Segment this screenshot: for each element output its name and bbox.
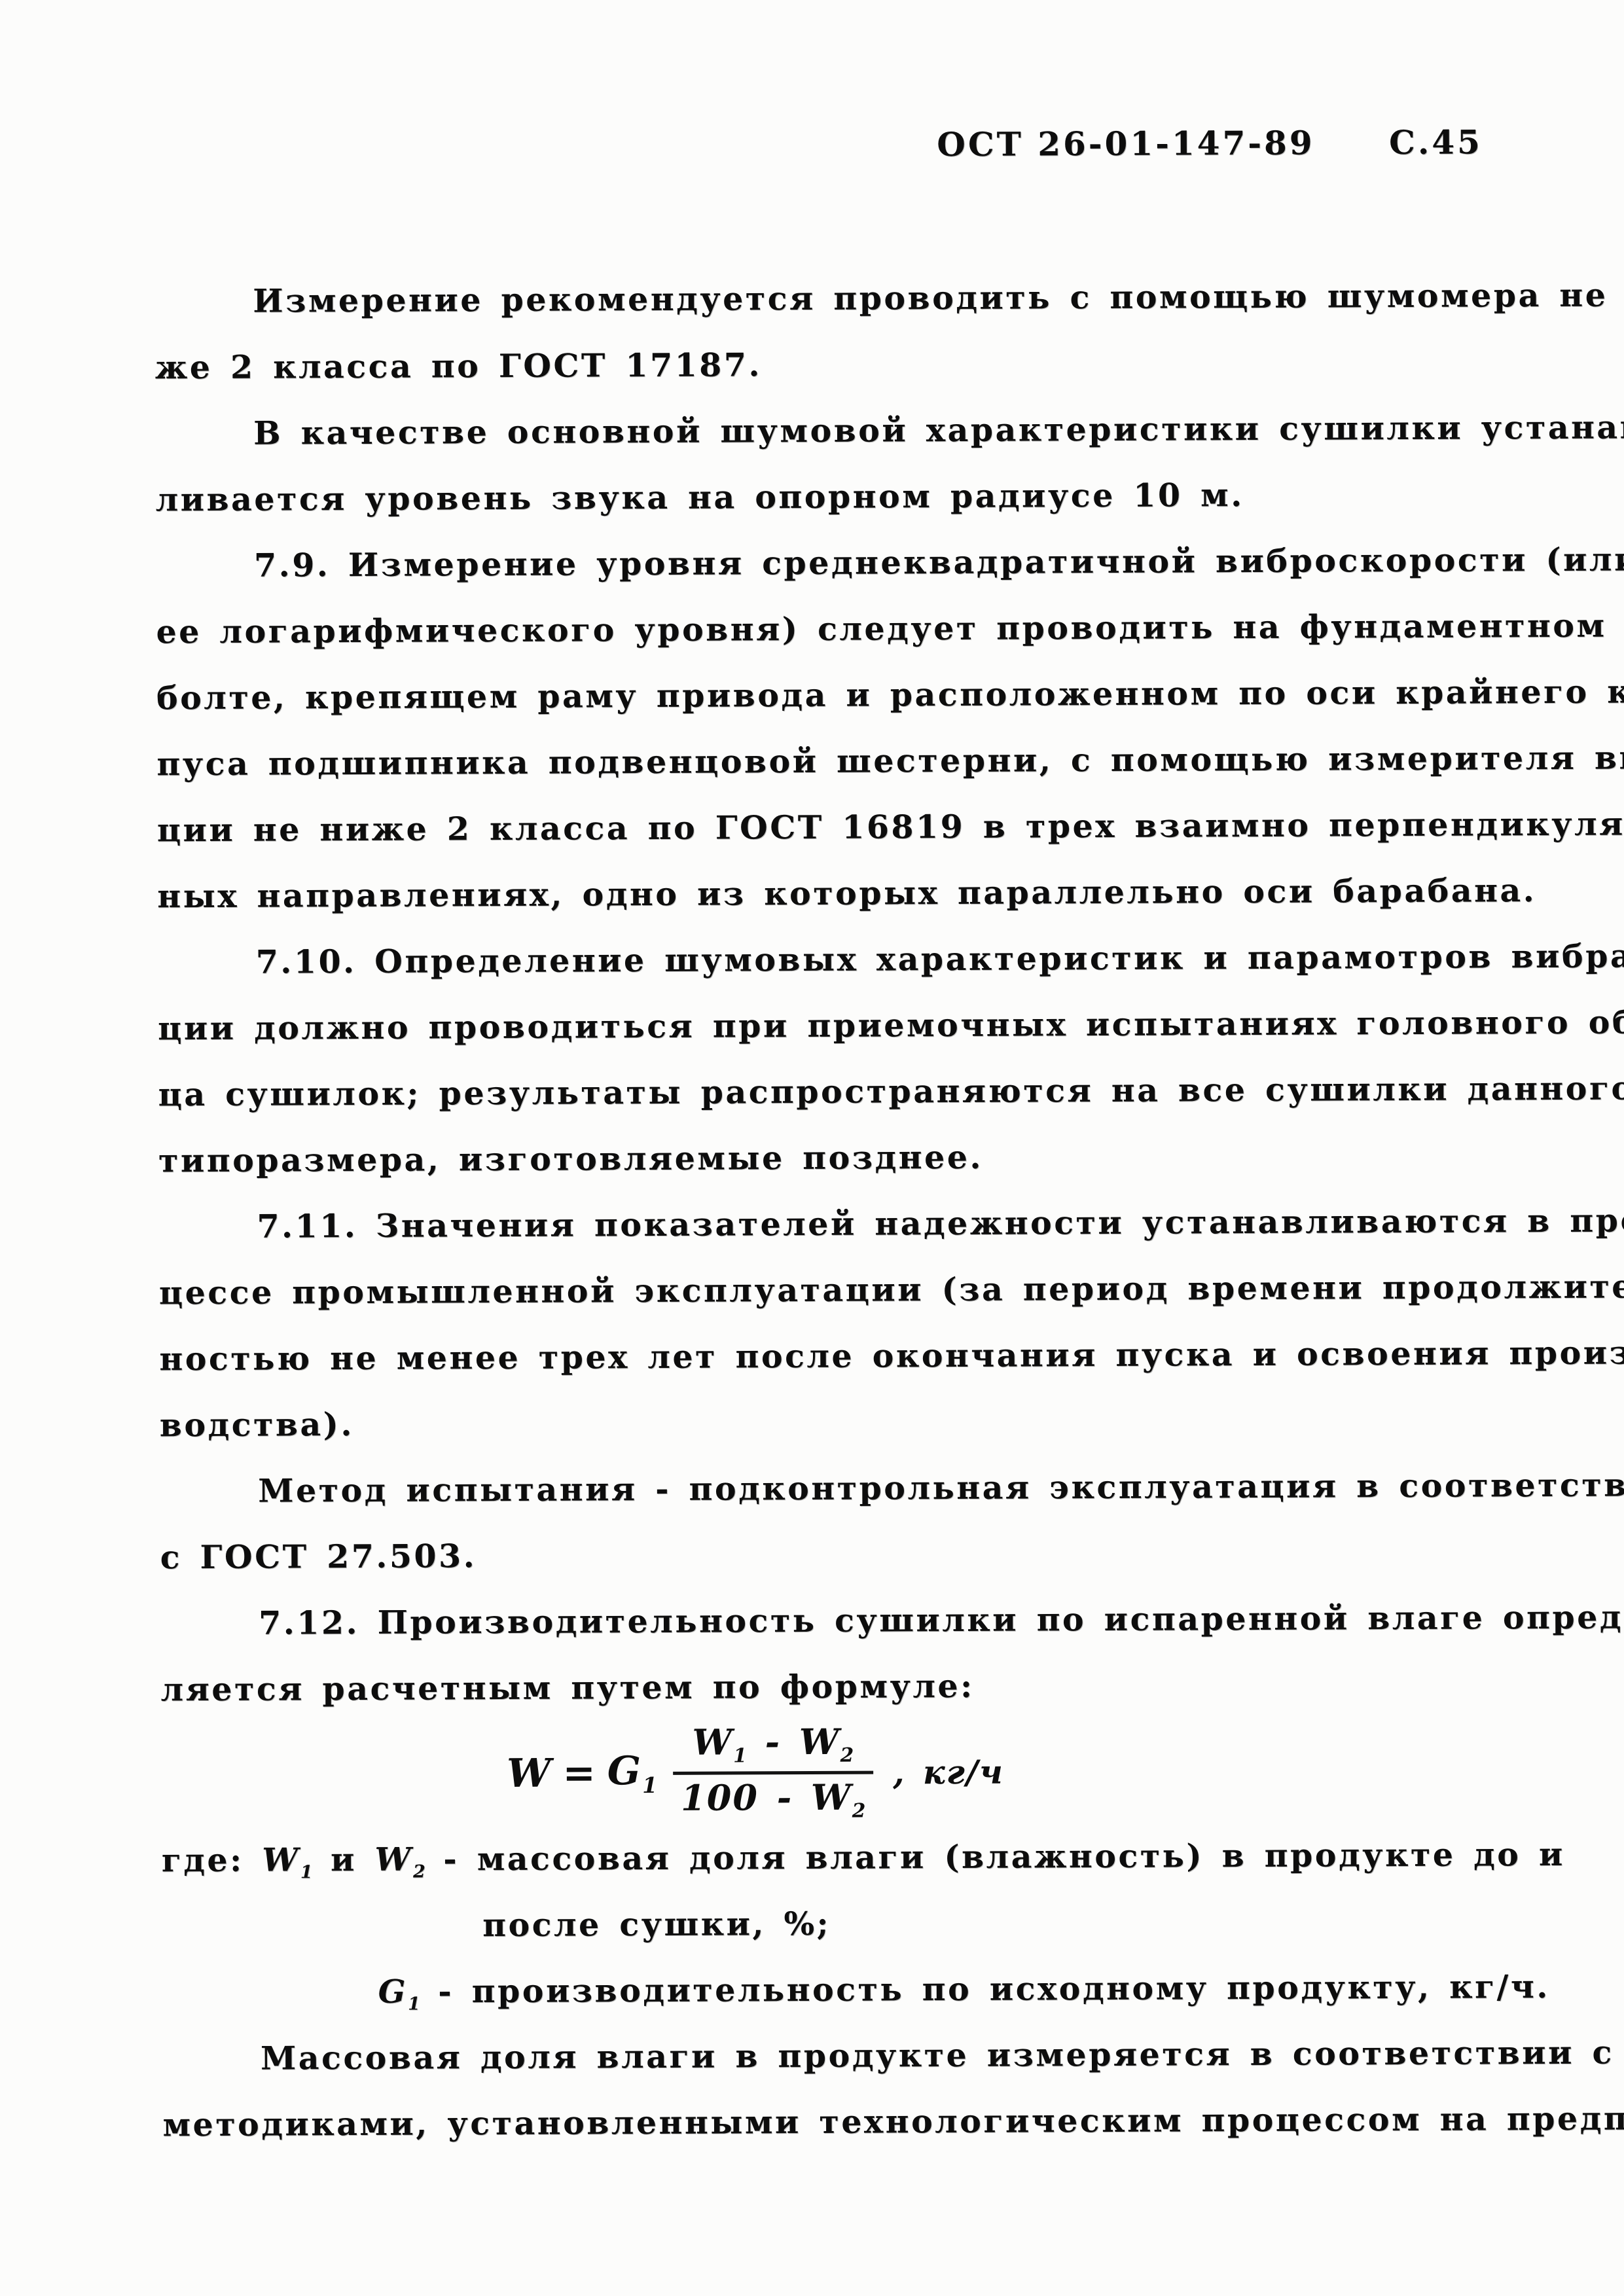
text-line: с ГОСТ 27.503. — [160, 1518, 1509, 1590]
formula-fraction: W1 - W2 100 - W2 — [673, 1724, 874, 1821]
factor-letter: G — [607, 1748, 643, 1794]
text-line: Массовая доля влаги в продукте измеряетс… — [162, 2020, 1511, 2092]
text-line: Метод испытания - подконтрольная эксплуа… — [160, 1452, 1508, 1524]
evaporated-moisture-formula: W = G1 W1 - W2 100 - W2 , кг/ч — [501, 1717, 1510, 1826]
equals-sign: = — [562, 1750, 597, 1796]
text-line: ляется расчетным путем по формуле: — [160, 1651, 1509, 1723]
text-line: цессе промышленной эксплуатации (за пери… — [159, 1254, 1507, 1326]
numerator-w1: W — [692, 1721, 733, 1763]
where-label: где: — [162, 1841, 244, 1880]
scan-tilt-wrapper: ОСТ 26-01-147-89 С.45 Измерение рекоменд… — [0, 0, 1624, 2296]
body-text: Измерение рекомендуется проводить с помо… — [154, 262, 1511, 2158]
g1-symbol: G1 — [378, 1973, 420, 2011]
text-line: же 2 класса по ГОСТ 17187. — [155, 329, 1504, 401]
conjunction: и — [331, 1840, 357, 1878]
text-line: пуса подшипника подвенцовой шестерни, с … — [156, 725, 1505, 797]
text-line: 7.11. Значения показателей надежности ус… — [158, 1188, 1507, 1260]
w1-letter: W — [262, 1840, 300, 1878]
text-line: ных направлениях, одно из которых паралл… — [157, 857, 1506, 929]
doc-number: ОСТ 26-01-147-89 — [937, 124, 1315, 164]
text-line: ливается уровень звука на опорном радиус… — [155, 461, 1504, 533]
text-line: ца сушилок; результаты распространяются … — [158, 1056, 1506, 1128]
text-line: методиками, установленными технологическ… — [162, 2086, 1511, 2158]
formula-result-symbol: W — [507, 1751, 552, 1797]
numerator-w1-subscript: 1 — [733, 1744, 747, 1767]
g-description: - производительность по исходному продук… — [438, 1967, 1550, 2010]
fraction-denominator: 100 - W2 — [673, 1774, 873, 1821]
text-line: водства). — [160, 1386, 1508, 1458]
numerator-w2: W — [799, 1721, 840, 1763]
page-header: ОСТ 26-01-147-89 С.45 — [937, 122, 1526, 164]
text-line: ции не ниже 2 класса по ГОСТ 16819 в тре… — [157, 791, 1506, 863]
text-line: типоразмера, изготовляемые позднее. — [158, 1122, 1507, 1194]
factor-subscript: 1 — [642, 1772, 657, 1798]
w1-subscript: 1 — [300, 1862, 313, 1882]
formula-factor-symbol: G1 — [607, 1748, 658, 1798]
g1-letter: G — [378, 1973, 408, 2011]
w2-subscript: 2 — [413, 1861, 425, 1882]
text-line: Измерение рекомендуется проводить с помо… — [154, 262, 1503, 334]
text-line: ее логарифмического уровня) следует пров… — [156, 593, 1504, 665]
w2-symbol: W2 — [374, 1840, 425, 1878]
text-line: ностью не менее трех лет после окончания… — [159, 1320, 1507, 1392]
denominator-subscript: 2 — [852, 1799, 866, 1822]
page-number: С.45 — [1389, 123, 1483, 162]
g-definition-line: G1 - производительность по исходному про… — [378, 1954, 1510, 2025]
numerator-w2-subscript: 2 — [840, 1744, 854, 1767]
denominator-text: 100 - W — [681, 1776, 852, 1818]
text-line: 7.9. Измерение уровня среднеквадратичной… — [156, 527, 1504, 599]
where-definition-line: где: W1 и W2 - массовая доля влаги (влаж… — [162, 1821, 1510, 1893]
text-line: 7.10. Определение шумовых характеристик … — [158, 924, 1506, 996]
scanned-document-page: ОСТ 26-01-147-89 С.45 Измерение рекоменд… — [0, 0, 1624, 2296]
text-line: болте, крепящем раму привода и расположе… — [156, 659, 1505, 731]
fraction-numerator: W1 - W2 — [673, 1724, 873, 1775]
minus-sign: - — [765, 1721, 782, 1763]
w2-letter: W — [374, 1840, 413, 1878]
text-line: ции должно проводиться при приемочных ис… — [158, 990, 1506, 1062]
w-description-continued: после сушки, %; — [482, 1888, 1510, 1958]
w1-symbol: W1 — [262, 1840, 313, 1878]
formula-unit: , кг/ч — [893, 1752, 1004, 1791]
text-line: В качестве основной шумовой характеристи… — [155, 395, 1504, 467]
text-line: 7.12. Производительность сушилки по испа… — [160, 1585, 1509, 1657]
w-description: - массовая доля влаги (влажность) в прод… — [443, 1835, 1565, 1878]
g1-subscript: 1 — [408, 1994, 420, 2014]
